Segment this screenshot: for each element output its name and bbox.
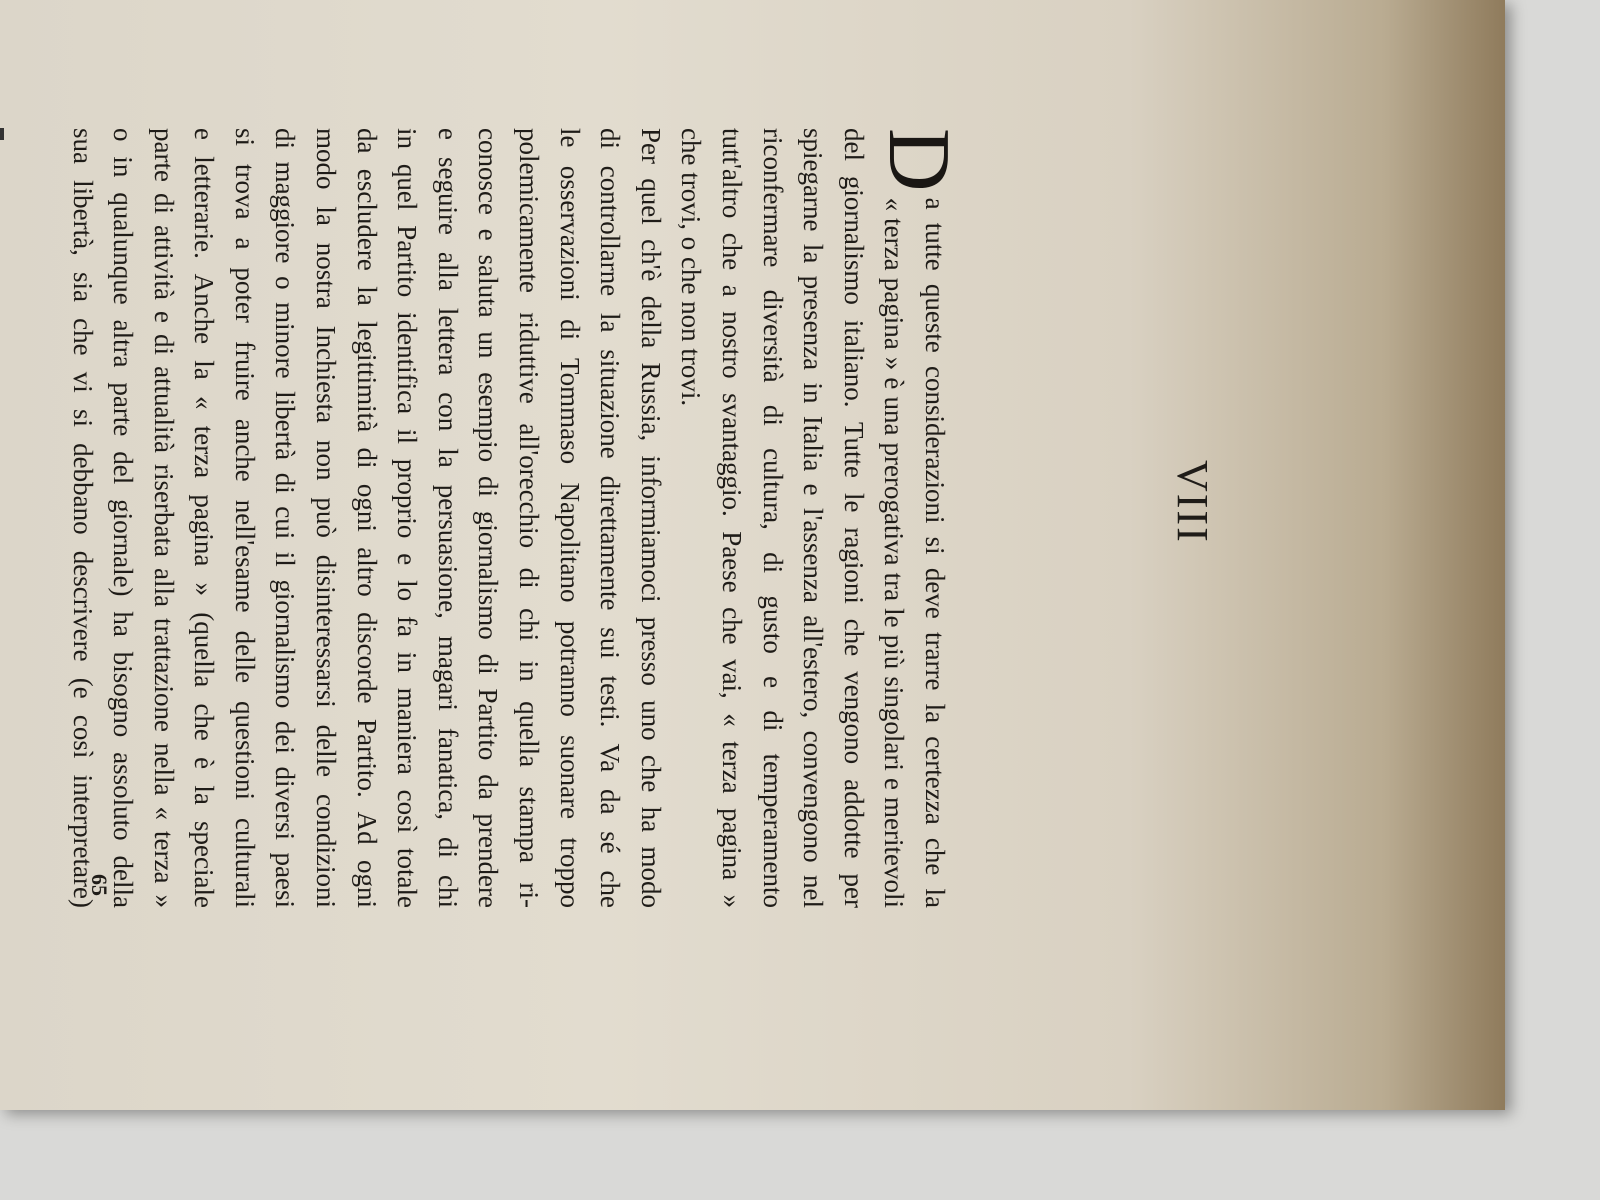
text-line: sua libertà, sia che vi si debbano descr… — [62, 128, 103, 908]
text-line: di controllarne la situazione direttamen… — [590, 128, 631, 908]
text-line: riconfermare diversità di cultura, di gu… — [752, 128, 793, 908]
text-line: o in qualunque altra parte del giornale)… — [103, 128, 144, 908]
text-line: Per quel ch'è della Russia, informiamoci… — [630, 128, 671, 908]
edge-mark — [0, 128, 4, 140]
paragraph-2: Per quel ch'è della Russia, informiamoci… — [62, 128, 671, 908]
paragraph-1: D a tutte queste considerazioni si deve … — [671, 128, 955, 908]
text-line: da escludere la legittimità di ogni altr… — [346, 128, 387, 908]
text-line: che trovi, o che non trovi. — [671, 128, 712, 908]
text-line: spiegarne la presenza in Italia e l'asse… — [793, 128, 834, 908]
text-line: polemicamente riduttive all'orecchio di … — [508, 128, 549, 908]
chapter-heading: VIII — [1167, 460, 1218, 544]
book-page: VIII D a tutte queste considerazioni si … — [0, 0, 1505, 1110]
text-line: parte di attività e di attualità riserba… — [143, 128, 184, 908]
page-number: 65 — [86, 874, 112, 896]
text-line: e seguire alla lettera con la persuasion… — [427, 128, 468, 908]
text-line: modo la nostra Inchiesta non può disinte… — [306, 128, 347, 908]
drop-cap: D — [881, 128, 953, 192]
text-line: « terza pagina » è una prerogativa tra l… — [874, 128, 915, 908]
text-line: le osservazioni di Tommaso Napolitano po… — [549, 128, 590, 908]
text-line: in quel Partito identifica il proprio e … — [387, 128, 428, 908]
text-line: si trova a poter fruire anche nell'esame… — [224, 128, 265, 908]
text-line: tutt'altro che a nostro svantaggio. Paes… — [711, 128, 752, 908]
text-line: di maggiore o minore libertà di cui il g… — [265, 128, 306, 908]
text-line: conosce e saluta un esempio di giornalis… — [468, 128, 509, 908]
text-line: a tutte queste considerazioni si deve tr… — [914, 128, 955, 908]
body-text: D a tutte queste considerazioni si deve … — [135, 128, 955, 908]
text-line: del giornalismo italiano. Tutte le ragio… — [833, 128, 874, 908]
text-line: e letterarie. Anche la « terza pagina » … — [184, 128, 225, 908]
